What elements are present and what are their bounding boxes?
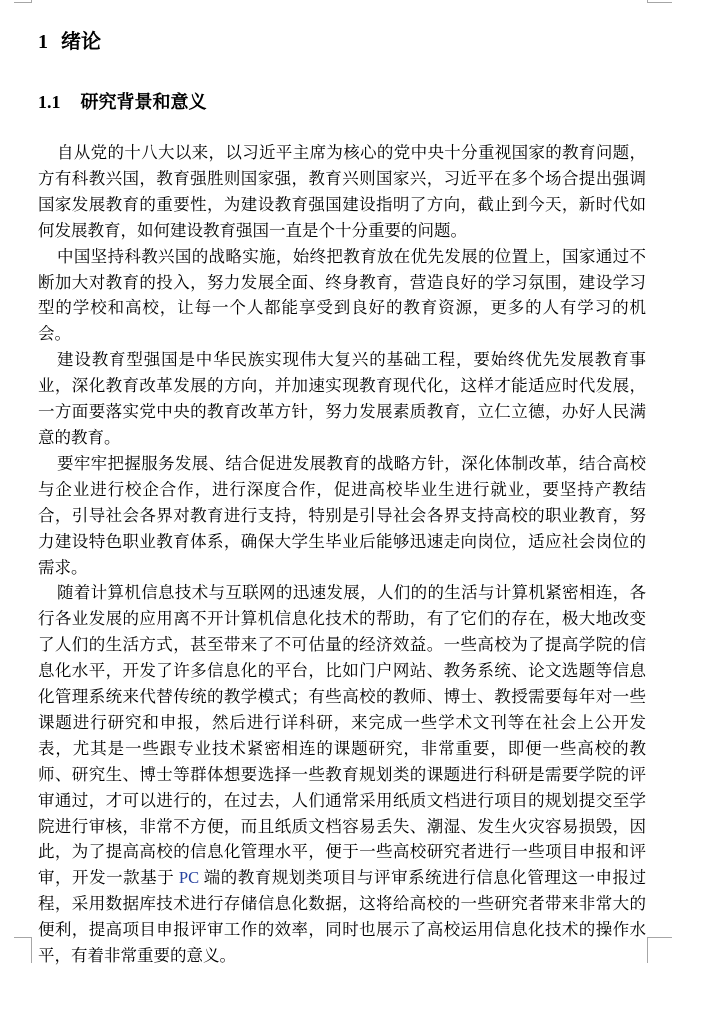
section-title: 研究背景和意义 bbox=[81, 92, 207, 112]
paragraph-5-pc-term: PC bbox=[179, 868, 199, 887]
paragraph-5-text-before: 随着计算机信息技术与互联网的迅速发展，人们的的生活与计算机紧密相连，各行各业发展… bbox=[38, 583, 646, 887]
document-page: 1绪论 1.1研究背景和意义 自从党的十八大以来，以习近平主席为核心的党中央十分… bbox=[0, 0, 721, 1010]
chapter-title: 绪论 bbox=[61, 31, 101, 53]
section-heading: 1.1研究背景和意义 bbox=[38, 90, 646, 114]
section-number: 1.1 bbox=[38, 92, 61, 112]
paragraph-5: 随着计算机信息技术与互联网的迅速发展，人们的的生活与计算机紧密相连，各行各业发展… bbox=[38, 580, 646, 969]
paragraph-2: 中国坚持科教兴国的战略实施，始终把教育放在优先发展的位置上，国家通过不断加大对教… bbox=[38, 244, 646, 348]
chapter-number: 1 bbox=[38, 31, 48, 53]
chapter-heading: 1绪论 bbox=[38, 30, 646, 54]
crop-mark-bottom-left bbox=[14, 937, 32, 963]
crop-mark-bottom-right bbox=[647, 937, 672, 963]
paragraph-4: 要牢牢把握服务发展、结合促进发展教育的战略方针，深化体制改革，结合高校与企业进行… bbox=[38, 451, 646, 581]
crop-mark-top-right bbox=[647, 0, 672, 3]
body-text: 自从党的十八大以来，以习近平主席为核心的党中央十分重视国家的教育问题，方有科教兴… bbox=[38, 140, 646, 969]
crop-mark-top-left bbox=[14, 0, 32, 3]
paragraph-3: 建设教育型强国是中华民族实现伟大复兴的基础工程，要始终优先发展教育事业，深化教育… bbox=[38, 347, 646, 451]
text-area: 1绪论 1.1研究背景和意义 自从党的十八大以来，以习近平主席为核心的党中央十分… bbox=[38, 30, 646, 969]
paragraph-1: 自从党的十八大以来，以习近平主席为核心的党中央十分重视国家的教育问题，方有科教兴… bbox=[38, 140, 646, 244]
